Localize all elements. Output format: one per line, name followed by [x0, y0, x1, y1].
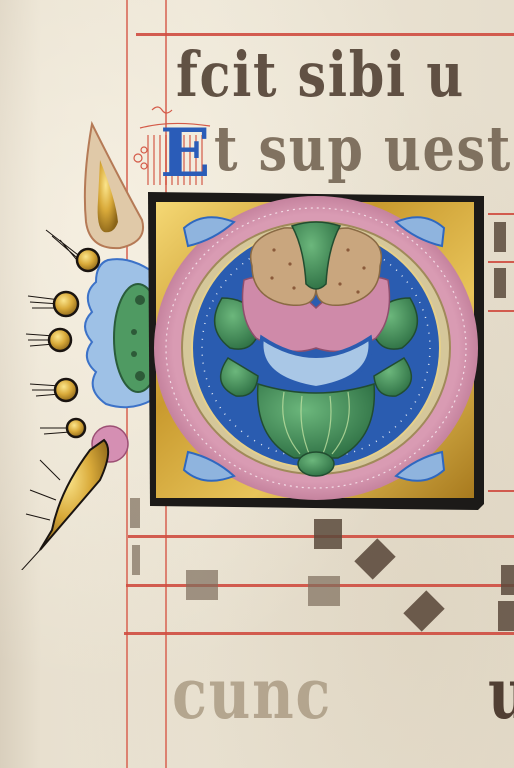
- manuscript-page: fcit sibi u E t sup uest cunc u: [0, 0, 514, 768]
- diamond-note: [403, 590, 444, 631]
- diamond-note: [354, 538, 395, 579]
- square-note: [186, 570, 218, 600]
- text-line-3-trailing: u: [488, 652, 514, 735]
- staff-line: [488, 213, 514, 215]
- illuminated-initial-o: [144, 188, 488, 512]
- music-note: [494, 222, 506, 252]
- staff-line: [488, 261, 514, 263]
- staff-line: [124, 632, 514, 635]
- text-line-3: cunc: [172, 652, 332, 735]
- square-note: [308, 576, 340, 606]
- staff-line: [136, 33, 514, 36]
- square-note: [314, 519, 342, 549]
- square-note: [501, 565, 514, 595]
- staff-line: [488, 310, 514, 312]
- staff-line: [488, 490, 514, 492]
- text-line-2: t sup uest: [214, 112, 512, 185]
- music-note: [494, 268, 506, 298]
- square-note: [498, 601, 514, 631]
